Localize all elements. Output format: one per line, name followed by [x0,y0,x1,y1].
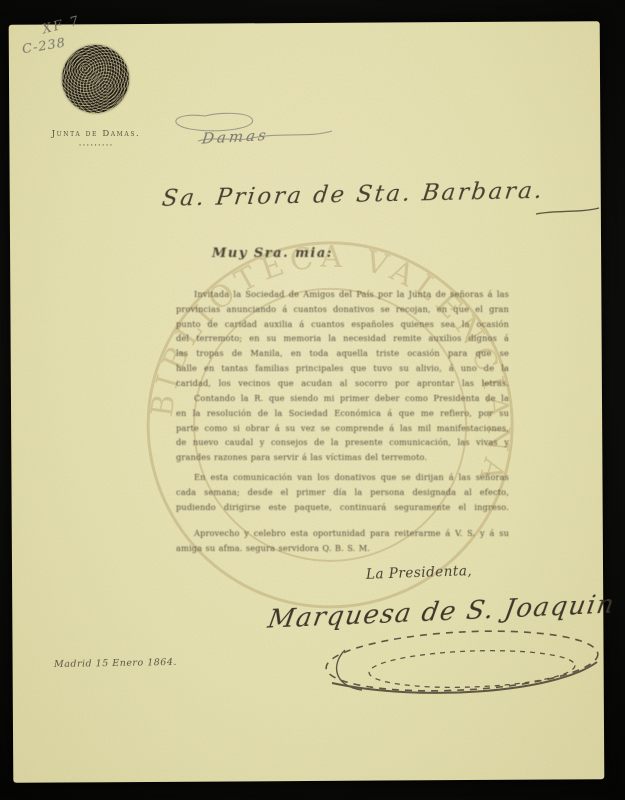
body-line: Invitada la Sociedad de Amigos del País … [176,287,509,302]
letterhead-title: Junta de Damas. [44,129,148,139]
body-line: punto de caridad auxilia á cuantos españ… [176,317,509,332]
body-paragraph-3: En esta comunicación van los donativos q… [176,470,509,514]
body-paragraph-4: Aprovecho y celebro esta oportunidad par… [176,526,509,556]
body-line: de nuevo caudal y consejos de la present… [176,435,509,450]
letterhead-rule: ········· [44,141,148,151]
body-line: en la resolución de la Sociedad Económic… [176,406,509,421]
body-line: cada semana; desde el primer día la pers… [176,485,509,500]
round-seal-stamp [62,45,129,113]
body-line: Aprovecho y celebro esta oportunidad par… [176,526,509,541]
body-line: amiga su afma. segura servidora Q. B. S.… [176,541,509,556]
body-paragraph-2: Contando la R. que siendo mi primer debe… [176,391,509,465]
body-line: las tropas de Manila, en toda aquella tr… [176,346,509,361]
body-line: En esta comunicación van los donativos q… [176,470,509,485]
body-line: grandes razones para servir á las víctim… [176,450,509,465]
body-paragraph-1: Invitada la Sociedad de Amigos del País … [176,287,509,391]
body-line: Contando la R. que siendo mi primer debe… [176,391,509,406]
body-line: caridad, los vecinos que acudan al socor… [176,376,509,391]
pencil-note: Damas [201,126,270,148]
body-line: provincias anunciando á cuantos donativo… [176,302,509,317]
body-line: del terremoto; en su memoria la necesida… [176,331,509,346]
dateline: Madrid 15 Enero 1864. [54,657,177,670]
body-line: halle en tantas familias principales que… [176,361,509,376]
body-line: parte como si obrar á su vez se comprend… [176,421,509,436]
scan-background: BIBLIOTECA VALENCIANA XF 7 C-238 Junta d… [0,0,625,800]
body-line: pudiendo dirigirse este paquete, continu… [176,500,509,515]
salutation: Muy Sra. mia: [212,246,333,261]
